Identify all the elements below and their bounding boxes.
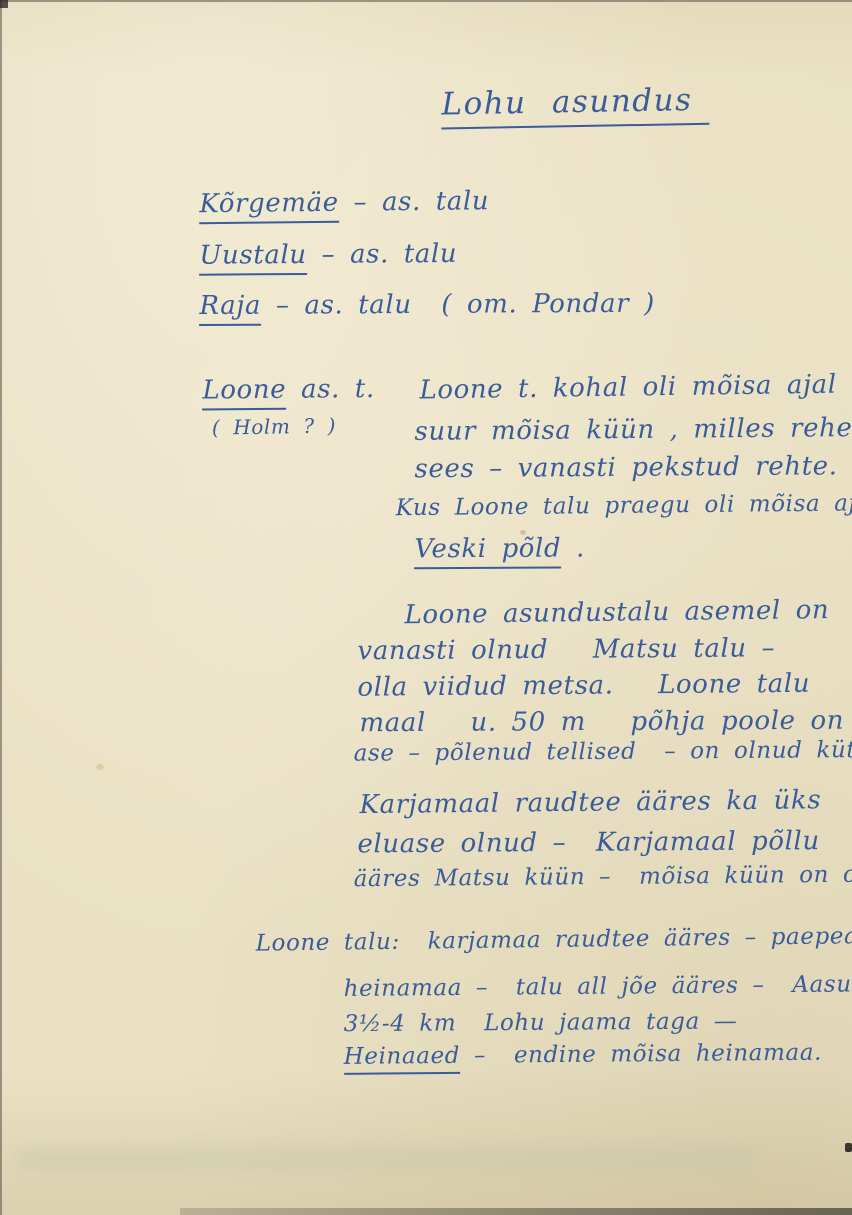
veski-pold-underlined: Veski põld bbox=[414, 533, 561, 569]
scan-edge-left bbox=[0, 0, 2, 1215]
scan-edge-top bbox=[0, 0, 852, 2]
manuscript-page: Lohu asundus Kõrgemäe – as. talu Uustalu… bbox=[0, 0, 852, 1215]
farm-name: Raja bbox=[199, 290, 261, 325]
farm-line-raja: Raja – as. talu ( om. Pondar ) bbox=[140, 261, 655, 349]
paper-fleck bbox=[96, 764, 104, 770]
scan-edge-bottom bbox=[180, 1208, 852, 1215]
scan-corner-mark bbox=[0, 0, 8, 8]
para2-line8-text: ääres Matsu küün – mõisa küün on olnud bbox=[354, 862, 852, 893]
heinaaed-underlined: Heinaaed bbox=[344, 1043, 461, 1075]
page-title-text: Lohu asundus bbox=[441, 82, 709, 130]
page-title: Lohu asundus bbox=[339, 49, 709, 158]
scan-edge-speck bbox=[845, 1143, 852, 1152]
farm-desc: – as. talu ( om. Pondar ) bbox=[261, 288, 655, 320]
para3-line4: Heinaaed – endine mõisa heinamaa. bbox=[288, 1016, 823, 1097]
paper-smudge bbox=[15, 1148, 755, 1170]
loone-note: ( Holm ? ) bbox=[159, 392, 336, 461]
para1-line5-tail: . bbox=[561, 533, 585, 563]
para3-line4-tail: – endine mõisa heinamaa. bbox=[460, 1040, 822, 1069]
loone-note-text: ( Holm ? ) bbox=[212, 413, 337, 439]
